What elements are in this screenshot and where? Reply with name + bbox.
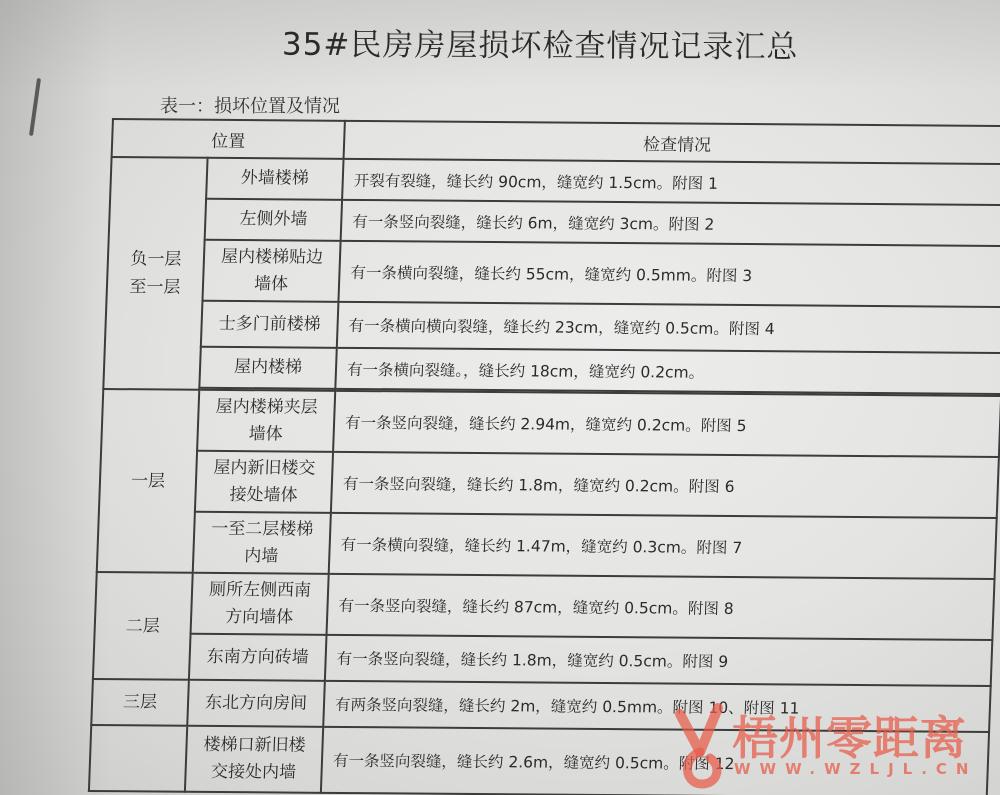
floor-label-line: 负一层 [108, 245, 203, 274]
description-cell: 有一条竖向裂缝，缝长约 2.94m，缝宽约 0.2cm。附图 5 [333, 391, 1000, 457]
description-cell: 有一条横向裂缝。，缝长约 18cm，缝宽约 0.2cm。 [335, 348, 1000, 394]
damage-table-container: 位置 检查情况 负一层 至一层 外墙楼梯 开裂有裂缝，缝长约 90cm，缝宽约 … [88, 118, 1000, 795]
description-cell: 有一条竖向裂缝，缝长约 2.6m，缝宽约 0.5cm。附图 12 [321, 727, 989, 795]
table-row: 一至二层楼梯 内墙 有一条横向裂缝，缝长约 1.47m，缝宽约 0.3cm。附图… [97, 511, 997, 579]
location-line: 厕所左侧西南 [193, 576, 328, 604]
table-row: 二层 厕所左侧西南 方向墙体 有一条竖向裂缝，缝长约 87cm，缝宽约 0.5c… [95, 572, 995, 640]
location-cell: 左侧外墙 [205, 199, 342, 241]
floor-cell-second: 二层 [93, 572, 193, 680]
table-row: 屋内新旧楼交 接处墙体 有一条竖向裂缝，缝长约 1.8m，缝宽约 0.2cm。附… [99, 450, 999, 518]
table-row: 士多门前楼梯 有一条横向横向裂缝，缝长约 23cm，缝宽约 0.5cm。附图 4 [105, 300, 1000, 353]
location-line: 楼梯口新旧楼 [187, 732, 322, 760]
floor-cell-first: 一层 [97, 389, 200, 573]
description-cell: 有一条竖向裂缝，缝长约 1.8m，缝宽约 0.2cm。附图 6 [331, 452, 999, 518]
location-cell: 东南方向砖墙 [189, 634, 327, 681]
floor-cell-basement-to-first: 负一层 至一层 [103, 157, 207, 390]
location-cell: 外墙楼梯 [206, 158, 343, 200]
description-cell: 有一条竖向裂缝，缝长约 87cm，缝宽约 0.5cm。附图 8 [327, 574, 995, 640]
location-line: 内墙 [194, 542, 329, 570]
location-line: 墙体 [204, 270, 339, 298]
location-line: 一至二层楼梯 [195, 515, 330, 543]
floor-label-line: 至一层 [107, 273, 202, 302]
header-inspection: 检查情况 [344, 121, 1000, 164]
description-cell: 开裂有裂缝，缝长约 90cm，缝宽约 1.5cm。附图 1 [342, 159, 1000, 205]
floor-cell-empty [89, 725, 187, 792]
description-cell: 有一条竖向裂缝，缝长约 6m，缝宽约 3cm。附图 2 [341, 200, 1000, 246]
table-row: 一层 屋内楼梯夹层 墙体 有一条竖向裂缝，缝长约 2.94m，缝宽约 0.2cm… [101, 389, 1000, 457]
table-row: 负一层 至一层 外墙楼梯 开裂有裂缝，缝长约 90cm，缝宽约 1.5cm。附图… [110, 157, 1000, 205]
location-cell: 屋内楼梯 [199, 347, 336, 389]
location-cell: 屋内楼梯夹层 墙体 [197, 390, 335, 452]
pen-mark [29, 78, 41, 136]
table-row: 屋内楼梯 有一条横向裂缝。，缝长约 18cm，缝宽约 0.2cm。 [103, 346, 1000, 394]
location-line: 屋内新旧楼交 [197, 454, 332, 482]
location-cell: 士多门前楼梯 [201, 301, 339, 348]
location-cell: 东北方向房间 [187, 680, 325, 727]
location-cell: 楼梯口新旧楼 交接处内墙 [185, 726, 323, 793]
table-row: 三层 东北方向房间 有两条竖向裂缝，缝长约 2m，缝宽约 0.5mm。附图 10… [91, 679, 990, 732]
document-title: 35#民房房屋损坏检查情况记录汇总 [282, 19, 799, 67]
location-line: 方向墙体 [192, 603, 327, 631]
location-cell: 一至二层楼梯 内墙 [193, 512, 331, 574]
location-line: 屋内楼梯夹层 [199, 393, 334, 421]
location-cell: 厕所左侧西南 方向墙体 [191, 573, 329, 635]
location-cell: 屋内新旧楼交 接处墙体 [195, 451, 333, 513]
table-row: 屋内楼梯贴边 墙体 有一条横向裂缝，缝长约 55cm，缝宽约 0.5mm。附图 … [106, 239, 1000, 307]
header-location: 位置 [112, 119, 345, 159]
location-line: 接处墙体 [196, 481, 331, 509]
table-row: 左侧外墙 有一条竖向裂缝，缝长约 6m，缝宽约 3cm。附图 2 [109, 198, 1000, 246]
location-line: 屋内楼梯贴边 [205, 243, 340, 271]
table-row: 东南方向砖墙 有一条竖向裂缝，缝长约 1.8m，缝宽约 0.5cm。附图 9 [93, 633, 992, 686]
description-cell: 有一条竖向裂缝，缝长约 1.8m，缝宽约 0.5cm。附图 9 [325, 635, 992, 686]
description-cell: 有一条横向横向裂缝，缝长约 23cm，缝宽约 0.5cm。附图 4 [337, 302, 1000, 353]
floor-cell-third: 三层 [91, 679, 189, 726]
description-cell: 有一条横向裂缝，缝长约 55cm，缝宽约 0.5mm。附图 3 [338, 241, 1000, 307]
location-line: 交接处内墙 [186, 759, 321, 787]
table-caption: 表一：损坏位置及情况 [160, 92, 340, 118]
table-row: 楼梯口新旧楼 交接处内墙 有一条竖向裂缝，缝长约 2.6m，缝宽约 0.5cm。… [89, 725, 989, 795]
location-line: 墙体 [198, 420, 333, 448]
damage-table: 位置 检查情况 负一层 至一层 外墙楼梯 开裂有裂缝，缝长约 90cm，缝宽约 … [88, 118, 1000, 795]
description-cell: 有一条横向裂缝，缝长约 1.47m，缝宽约 0.3cm。附图 7 [329, 513, 997, 579]
description-cell: 有两条竖向裂缝，缝长约 2m，缝宽约 0.5mm。附图 10、附图 11 [323, 681, 990, 732]
location-cell: 屋内楼梯贴边 墙体 [202, 240, 340, 302]
